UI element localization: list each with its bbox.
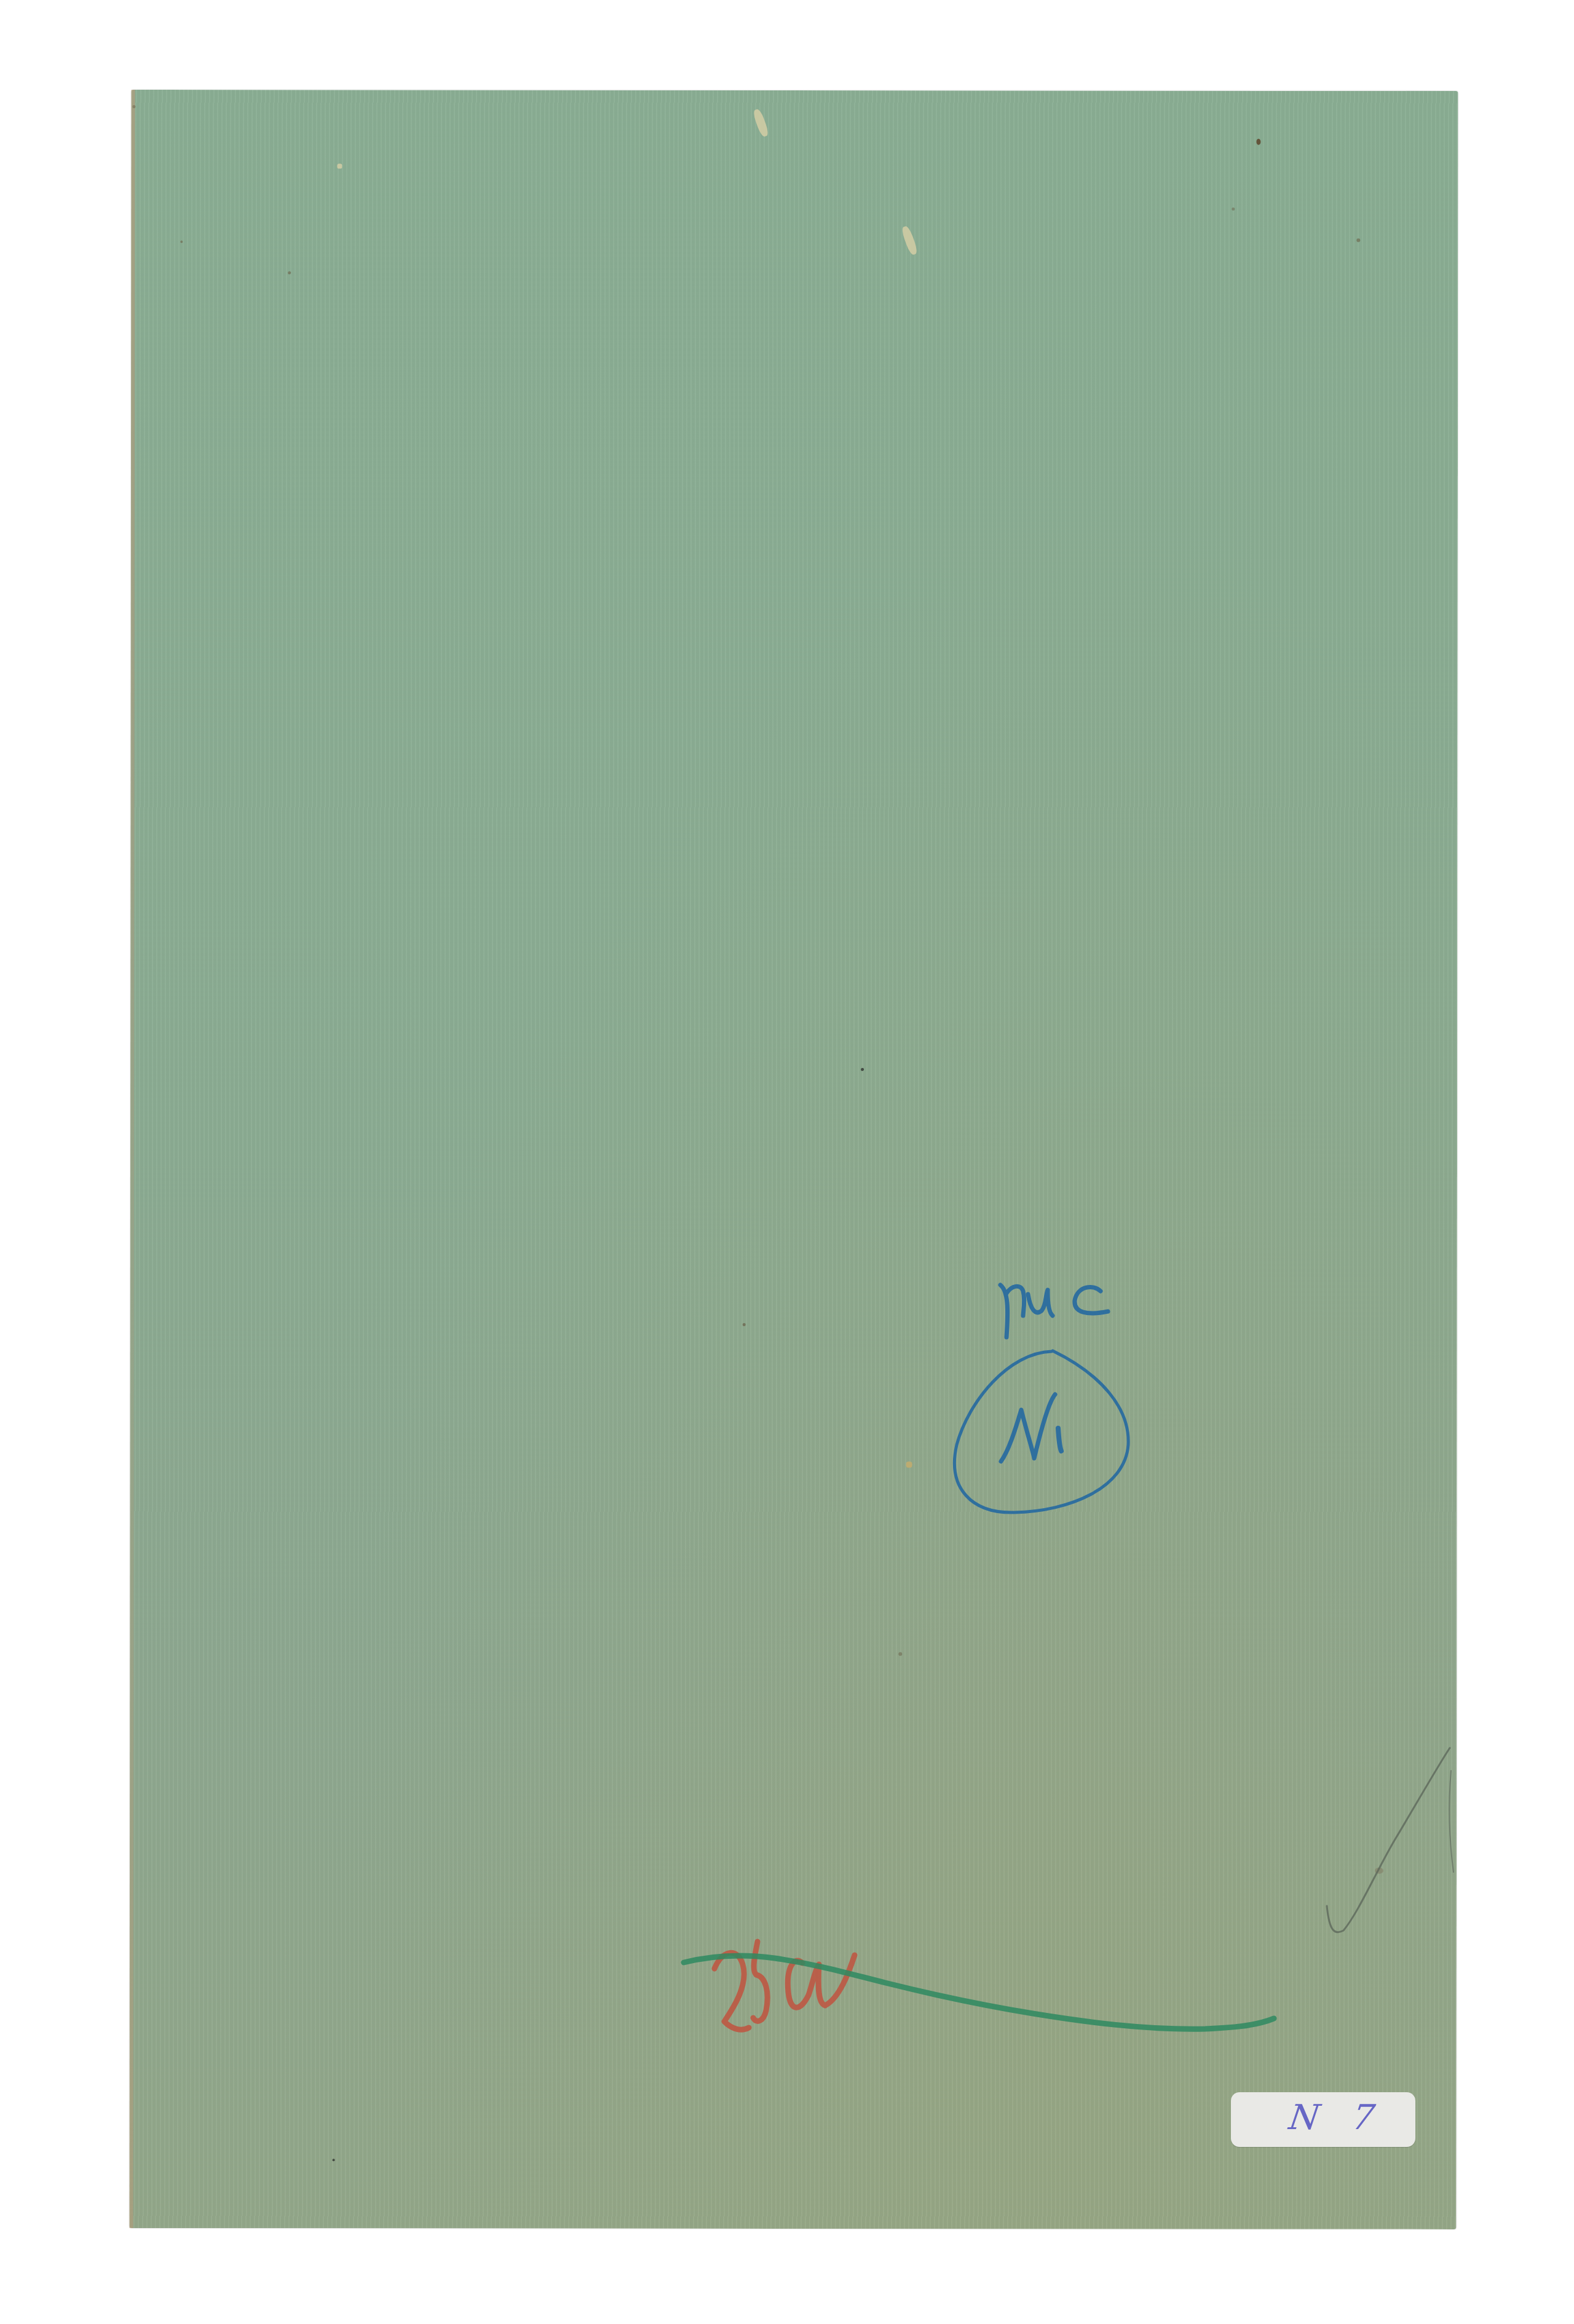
sheet-left-edge — [129, 90, 135, 2228]
catalog-label: N 7 — [1231, 2092, 1415, 2147]
paper-sheet — [129, 90, 1458, 2229]
paper-speck — [288, 271, 291, 274]
circled-mark-text: N1 — [0, 0, 1, 1]
paper-fiber — [906, 1461, 912, 1468]
paper-speck — [180, 240, 183, 243]
paper-speck — [743, 1323, 746, 1326]
paper-speck — [898, 1652, 902, 1656]
paper-speck — [1232, 208, 1235, 211]
paper-speck — [1375, 1868, 1383, 1874]
paper-fiber — [901, 225, 919, 256]
catalog-label-text: N 7 — [1287, 2100, 1388, 2136]
paper-speck — [861, 1068, 864, 1071]
paper-speck — [1356, 239, 1360, 242]
paper-fiber — [337, 164, 342, 168]
crossed-number-text: 25a — [0, 0, 1, 1]
paper-speck — [132, 105, 135, 108]
paper-speck — [1256, 139, 1260, 145]
paper-fiber — [752, 108, 770, 138]
paper-speck — [333, 2159, 335, 2161]
note-puc-text: puc — [0, 0, 1, 1]
